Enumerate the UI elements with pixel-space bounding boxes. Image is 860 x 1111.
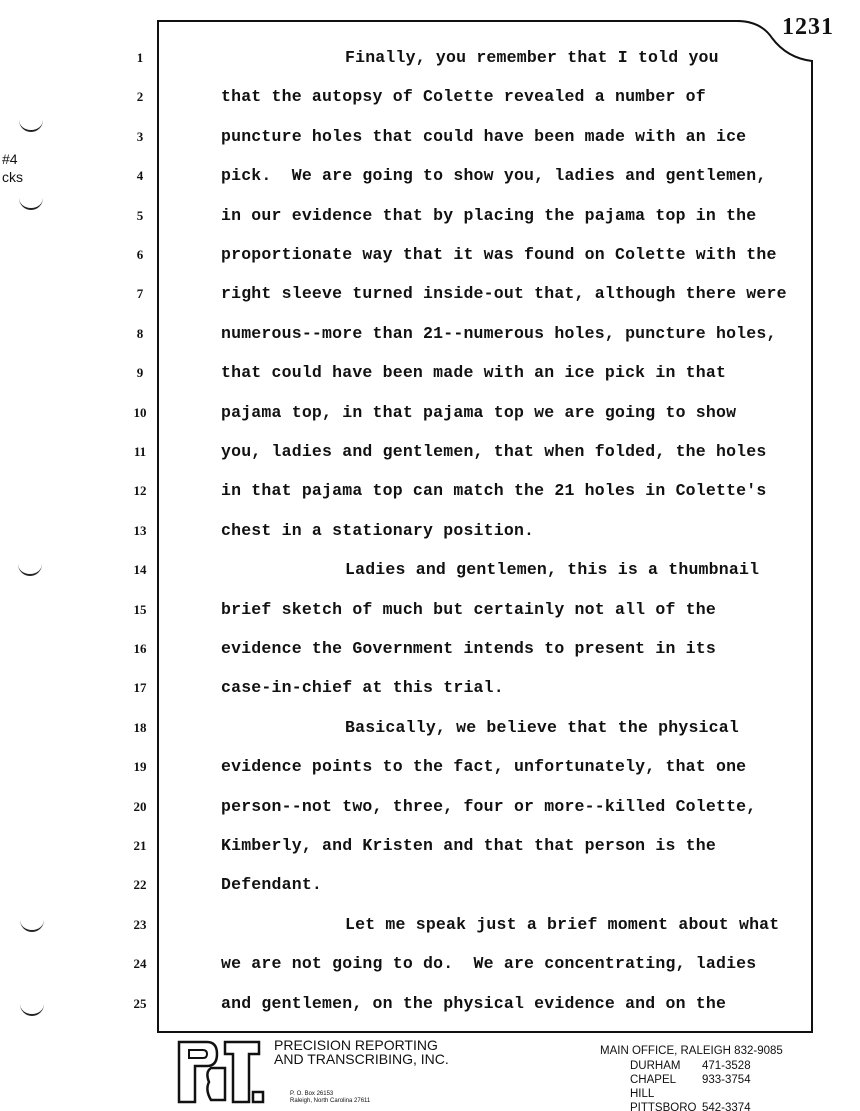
line-number: 12	[128, 483, 152, 499]
line-number: 11	[128, 444, 152, 460]
transcript-line: proportionate way that it was found on C…	[221, 245, 777, 264]
transcript-line: chest in a stationary position.	[221, 521, 534, 540]
office-city: CHAPEL HILL	[630, 1073, 702, 1101]
transcript-line: pajama top, in that pajama top we are go…	[221, 403, 736, 422]
margin-arc-mark	[20, 918, 44, 932]
margin-arc-mark	[19, 118, 43, 132]
transcript-line: that the autopsy of Colette revealed a n…	[221, 87, 706, 106]
line-number: 23	[128, 917, 152, 933]
transcript-line: in our evidence that by placing the paja…	[221, 206, 756, 225]
office-row: DURHAM471-3528	[630, 1059, 783, 1073]
transcript-line: Ladies and gentlemen, this is a thumbnai…	[345, 560, 759, 579]
transcript-line: Finally, you remember that I told you	[345, 48, 719, 67]
frame-top-border	[157, 20, 735, 22]
frame-bottom-border	[157, 1031, 813, 1033]
transcript-line: numerous--more than 21--numerous holes, …	[221, 324, 777, 343]
margin-arc-mark	[20, 1002, 44, 1016]
office-row: PITTSBORO542-3374	[630, 1101, 783, 1111]
line-number: 24	[128, 956, 152, 972]
margin-note: #4 cks	[2, 150, 23, 186]
frame-left-border	[157, 20, 159, 1033]
margin-arc-mark	[19, 196, 43, 210]
office-city: PITTSBORO	[630, 1101, 702, 1111]
office-row: CHAPEL HILL933-3754	[630, 1073, 783, 1101]
office-phone: 542-3374	[702, 1101, 751, 1111]
line-number: 16	[128, 641, 152, 657]
main-office: MAIN OFFICE, RALEIGH 832-9085	[600, 1043, 783, 1059]
transcript-line: pick. We are going to show you, ladies a…	[221, 166, 767, 185]
company-logo	[175, 1038, 265, 1108]
line-number: 25	[128, 996, 152, 1012]
line-number: 5	[128, 208, 152, 224]
transcript-line: we are not going to do. We are concentra…	[221, 954, 756, 973]
transcript-line: and gentlemen, on the physical evidence …	[221, 994, 726, 1013]
transcript-line: evidence the Government intends to prese…	[221, 639, 716, 658]
line-number: 1	[128, 50, 152, 66]
transcript-line: right sleeve turned inside-out that, alt…	[221, 284, 787, 303]
transcript-line: puncture holes that could have been made…	[221, 127, 746, 146]
company-address: P. O. Box 26153 Raleigh, North Carolina …	[290, 1091, 370, 1105]
line-number: 8	[128, 326, 152, 342]
line-number: 14	[128, 562, 152, 578]
transcript-line: Defendant.	[221, 875, 322, 894]
line-number: 20	[128, 799, 152, 815]
transcript-line: Let me speak just a brief moment about w…	[345, 915, 779, 934]
company-name-line1: PRECISION REPORTING	[274, 1038, 449, 1052]
line-number: 10	[128, 405, 152, 421]
line-number: 18	[128, 720, 152, 736]
line-number: 7	[128, 286, 152, 302]
line-number: 17	[128, 680, 152, 696]
transcript-line: evidence points to the fact, unfortunate…	[221, 757, 746, 776]
office-phone: 933-3754	[702, 1073, 751, 1101]
line-number: 13	[128, 523, 152, 539]
margin-note-line1: #4	[2, 150, 23, 168]
transcript-line: brief sketch of much but certainly not a…	[221, 600, 716, 619]
margin-note-line2: cks	[2, 168, 23, 186]
transcript-line: that could have been made with an ice pi…	[221, 363, 726, 382]
company-name: PRECISION REPORTING AND TRANSCRIBING, IN…	[274, 1038, 449, 1066]
transcript-line: Kimberly, and Kristen and that that pers…	[221, 836, 716, 855]
office-directory: MAIN OFFICE, RALEIGH 832-9085 DURHAM471-…	[600, 1043, 783, 1111]
transcript-line: Basically, we believe that the physical	[345, 718, 739, 737]
frame-corner-curve	[732, 20, 814, 62]
line-number: 15	[128, 602, 152, 618]
city-line: Raleigh, North Carolina 27611	[290, 1098, 370, 1105]
line-number: 22	[128, 877, 152, 893]
pobox-line: P. O. Box 26153	[290, 1091, 370, 1098]
office-phone: 471-3528	[702, 1059, 751, 1073]
transcript-line: in that pajama top can match the 21 hole…	[221, 481, 767, 500]
line-number: 21	[128, 838, 152, 854]
line-number: 9	[128, 365, 152, 381]
frame-right-border	[811, 60, 813, 1033]
line-number: 4	[128, 168, 152, 184]
line-number: 6	[128, 247, 152, 263]
office-city: DURHAM	[630, 1059, 702, 1073]
company-name-line2: AND TRANSCRIBING, INC.	[274, 1052, 449, 1066]
transcript-line: person--not two, three, four or more--ki…	[221, 797, 756, 816]
transcript-line: case-in-chief at this trial.	[221, 678, 504, 697]
line-number: 2	[128, 89, 152, 105]
line-number: 19	[128, 759, 152, 775]
line-number: 3	[128, 129, 152, 145]
transcript-line: you, ladies and gentlemen, that when fol…	[221, 442, 767, 461]
margin-arc-mark	[18, 562, 42, 576]
